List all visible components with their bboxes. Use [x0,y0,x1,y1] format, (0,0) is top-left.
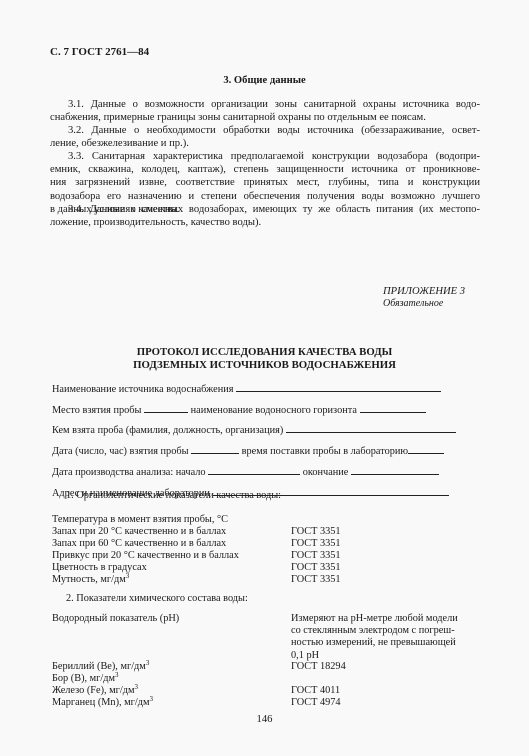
ph-note-line: 0,1 pH [291,650,458,662]
row-label-text: Бериллий (Be), мг/дм [52,661,146,672]
appendix-status: Обязательное [383,298,443,309]
organoleptic-row-method: ГОСТ 3351 [291,550,341,561]
form-row-sampled-by: Кем взята проба (фамилия, должность, орг… [52,423,456,436]
page-number: 146 [0,714,529,725]
paragraph-line: снабжения, примерные границы зоны санита… [50,111,480,124]
organoleptic-row-label: Мутность, мг/дм3 [52,574,129,585]
paragraph-line: 3.3. Санитарная характеристика предполаг… [50,150,480,163]
field-blank-sampling-place[interactable] [144,403,188,413]
superscript: 3 [135,683,139,691]
chemical-row-label-ph: Водородный показатель (pH) [52,613,179,624]
chemical-row-method: ГОСТ 4974 [291,697,341,708]
paragraph-3-2: 3.2. Данные о необходимости обработки во… [50,124,480,150]
field-label-aquifer: наименование водоносного горизонта [191,405,357,416]
organoleptic-row-method: ГОСТ 3351 [291,526,341,537]
form-row-source: Наименование источника водоснабжения [52,382,441,395]
row-label-text: Железо (Fe), мг/дм [52,685,135,696]
superscript: 3 [126,572,130,580]
field-blank-analysis-start[interactable] [208,465,300,475]
appendix-label: ПРИЛОЖЕНИЕ 3 [383,286,465,297]
field-label-analysis-start: Дата производства анализа: начало [52,467,206,478]
paragraph-line: ложение, производительность, качество во… [50,216,480,229]
field-label-sampling-place: Место взятия пробы [52,405,141,416]
field-blank-analysis-end[interactable] [351,465,439,475]
form-row-analysis-date: Дата производства анализа: начало оконча… [52,465,439,478]
field-label-analysis-end: окончание [303,467,349,478]
protocol-title-line-1: ПРОТОКОЛ ИССЛЕДОВАНИЯ КАЧЕСТВА ВОДЫ [0,346,529,358]
ph-note-line: Измеряют на pH-метре любой модели [291,613,458,625]
form-row-sampling-place: Место взятия пробы наименование водоносн… [52,403,426,416]
paragraph-line: 3.4. Данные о смежных водозаборах, имеющ… [50,203,480,216]
organoleptic-row-method: ГОСТ 3351 [291,538,341,549]
chemical-row-label: Бор (B), мг/дм3 [52,673,119,684]
organoleptic-row-method: ГОСТ 3351 [291,562,341,573]
organoleptic-row-label: Температура в момент взятия пробы, °С [52,514,228,525]
chemical-row-label: Железо (Fe), мг/дм3 [52,685,138,696]
chemical-row-method: ГОСТ 4011 [291,685,340,696]
organoleptic-row-method: ГОСТ 3351 [291,574,341,585]
field-label-delivery-time: время поставки пробы в лабораторию [242,446,408,457]
paragraph-line: 3.2. Данные о необходимости обработки во… [50,124,480,137]
chemical-row-method: ГОСТ 18294 [291,661,346,672]
organoleptic-row-label: Запах при 20 °С качественно и в баллах [52,526,226,537]
section-title: 3. Общие данные [0,75,529,86]
row-label-text: Марганец (Mn), мг/дм [52,697,150,708]
organoleptic-row-label: Привкус при 20 °С качественно и в баллах [52,550,239,561]
paragraph-line: водозабора его назначению и степени обес… [50,190,480,203]
paragraph-3-4: 3.4. Данные о смежных водозаборах, имеющ… [50,203,480,229]
row-label-text: Мутность, мг/дм [52,574,126,585]
ph-note-line: со стеклянным электродом с погреш- [291,625,458,637]
field-label-sampling-date: Дата (число, час) взятия пробы [52,446,189,457]
paragraph-line: емник, скважина, колодец, каптаж), степе… [50,163,480,176]
protocol-title-line-2: ПОДЗЕМНЫХ ИСТОЧНИКОВ ВОДОСНАБЖЕНИЯ [0,359,529,371]
field-blank-sampled-by[interactable] [286,423,456,433]
chemical-heading: 2. Показатели химического состава воды: [66,593,248,604]
field-label-source-name: Наименование источника водоснабжения [52,384,233,395]
form-row-dates: Дата (число, час) взятия пробы время пос… [52,444,444,457]
running-header: С. 7 ГОСТ 2761—84 [50,46,149,58]
field-blank-source-name[interactable] [236,382,441,392]
superscript: 3 [150,695,154,703]
superscript: 3 [115,671,119,679]
organoleptic-row-label: Запах при 60 °С качественно и в баллах [52,538,226,549]
field-blank-delivery-time[interactable] [408,444,444,454]
ph-method-note: Измеряют на pH-метре любой модели со сте… [291,613,458,662]
organoleptic-heading: 1. Органолептические показатели качества… [66,490,281,501]
chemical-row-label: Марганец (Mn), мг/дм3 [52,697,153,708]
field-blank-aquifer[interactable] [360,403,426,413]
paragraph-3-1: 3.1. Данные о возможности организации зо… [50,98,480,124]
chemical-row-label: Бериллий (Be), мг/дм3 [52,661,149,672]
paragraph-line: ния загрязнений извне, соответствие прин… [50,176,480,189]
organoleptic-heading-text: 1. Органолептические показатели качества… [66,490,281,501]
paragraph-line: ление, обезжелезивание и пр.). [50,137,480,150]
ph-note-line: ностью измерений, не превышающей [291,637,458,649]
superscript: 3 [146,659,150,667]
field-blank-sampling-date[interactable] [191,444,239,454]
field-label-sampled-by: Кем взята проба (фамилия, должность, орг… [52,425,283,436]
paragraph-line: 3.1. Данные о возможности организации зо… [50,98,480,111]
organoleptic-row-label: Цветность в градусах [52,562,147,573]
row-label-text: Бор (B), мг/дм [52,673,115,684]
